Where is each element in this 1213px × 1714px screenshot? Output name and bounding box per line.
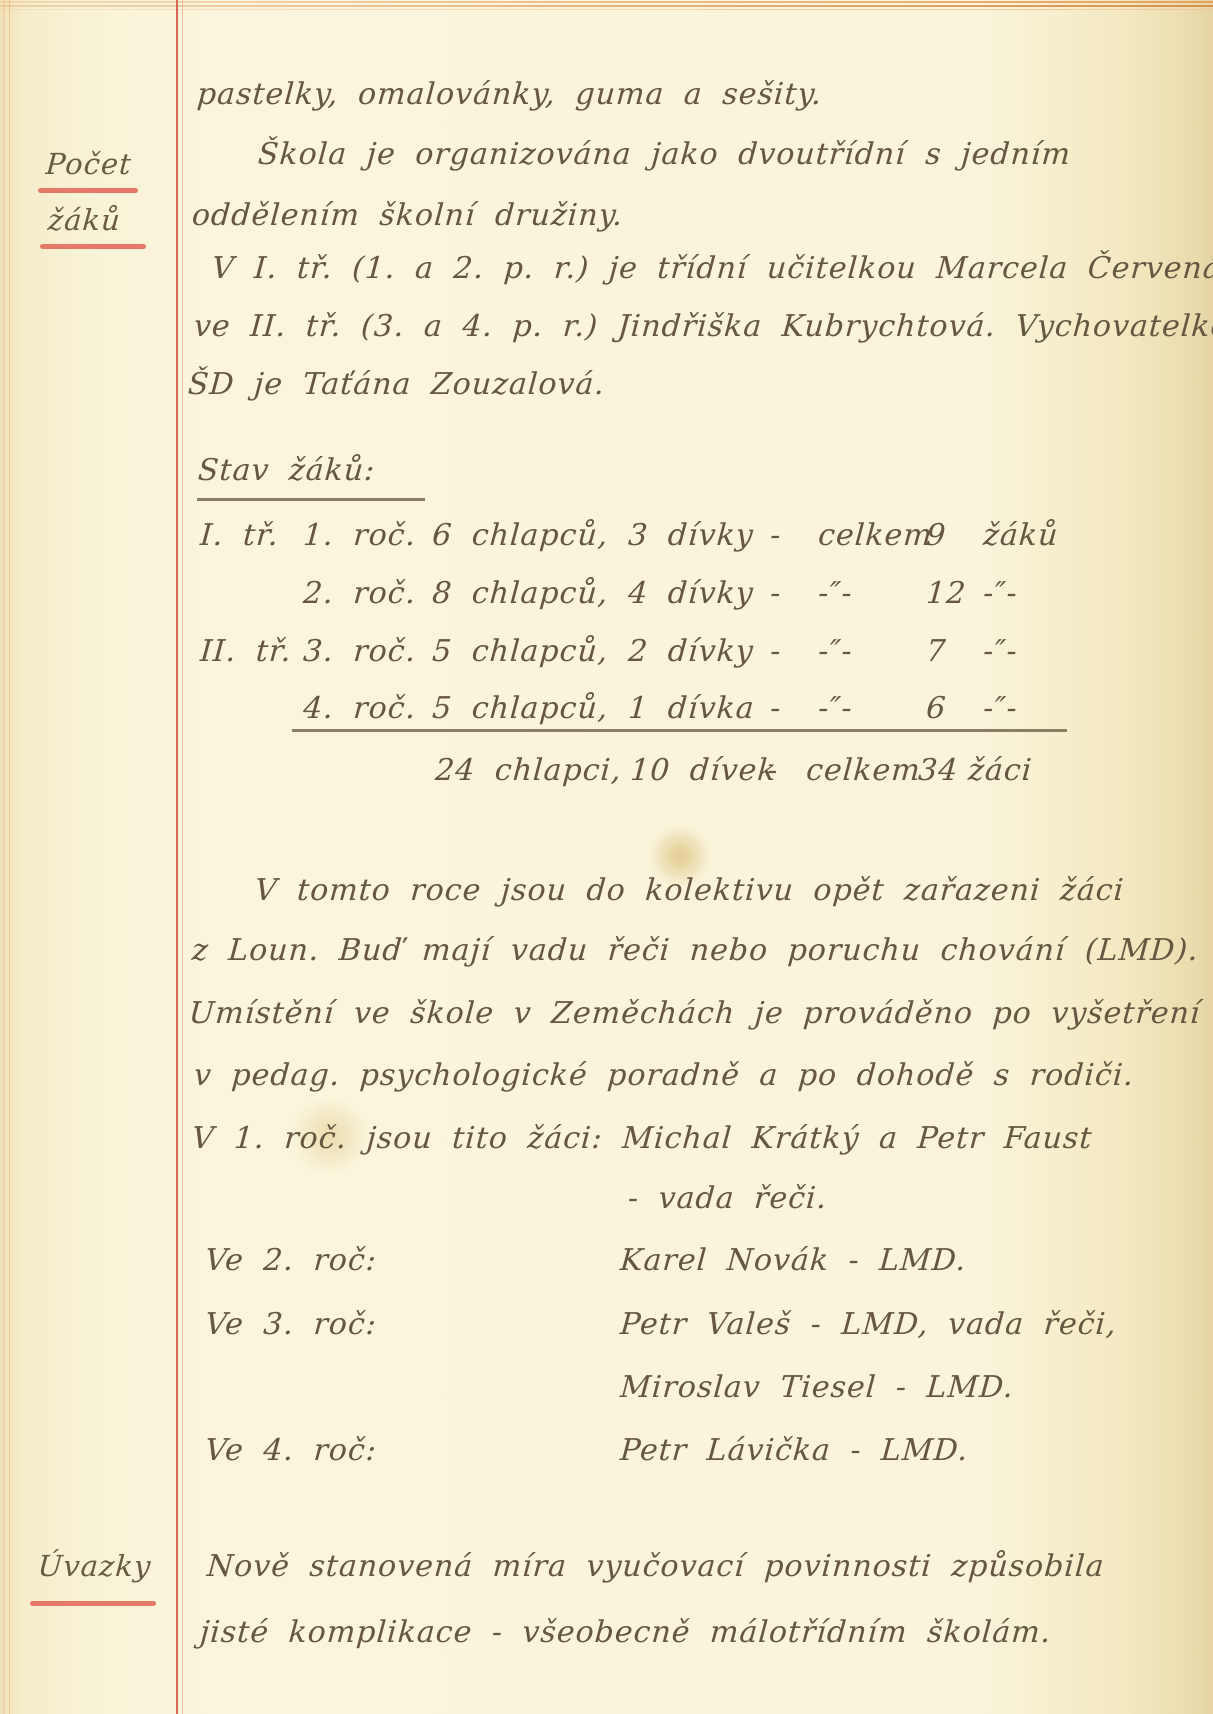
body-line: oddělením školní družiny. — [191, 197, 625, 235]
body-line: - vada řeči. — [627, 1180, 829, 1218]
pupil-list-row: Miroslav Tiesel - LMD. — [203, 1369, 1106, 1413]
roster-class: II. tř. — [199, 633, 293, 671]
roster-boys: 8 chlapců, — [431, 575, 610, 613]
roster-heading-underline — [197, 498, 425, 501]
roster-count: 6 — [925, 690, 948, 728]
roster-dash: - — [769, 575, 783, 613]
roster-ditto: -″- — [817, 690, 854, 728]
chronicle-page: Počet žáků Úvazky pastelky, omalovánky, … — [0, 0, 1213, 1714]
roster-ditto: -″- — [817, 633, 854, 671]
roster-heading: Stav žáků: — [197, 452, 377, 490]
total-girls: 10 dívek — [629, 752, 778, 790]
body-line: ve II. tř. (3. a 4. p. r.) Jindřiška Kub… — [193, 308, 1213, 346]
margin-note-zaku: žáků — [47, 202, 122, 238]
roster-count: 9 — [925, 517, 948, 555]
roster-grade: 3. roč. — [302, 633, 418, 671]
roster-ditto: celkem — [817, 517, 934, 555]
roster-count: 7 — [925, 633, 948, 671]
pupil-name: Miroslav Tiesel - LMD. — [619, 1369, 1015, 1407]
margin-note-pocet: Počet — [45, 146, 133, 182]
roster-girls: 4 dívky — [627, 575, 755, 613]
margin-note-underline — [38, 188, 138, 193]
body-line: pastelky, omalovánky, guma a sešity. — [196, 76, 824, 114]
margin-rule — [176, 0, 178, 1714]
roster-dash: - — [769, 517, 783, 555]
body-line: Škola je organizována jako dvoutřídní s … — [257, 136, 1073, 174]
total-boys: 24 chlapci, — [434, 752, 623, 790]
body-line: z Loun. Buď mají vadu řeči nebo poruchu … — [191, 932, 1200, 970]
body-line: v pedag. psychologické poradně a po doho… — [193, 1057, 1136, 1095]
roster-unit: -″- — [982, 690, 1019, 728]
body-line: V tomto roce jsou do kolektivu opět zařa… — [254, 872, 1126, 910]
roster-class: I. tř. — [199, 517, 280, 555]
pupil-list-row: Ve 3. roč: Petr Valeš - LMD, vada řeči, — [203, 1306, 1106, 1350]
body-line: Umístění ve škole v Zeměchách je provádě… — [188, 995, 1202, 1033]
body-line: ŠD je Taťána Zouzalová. — [187, 366, 607, 404]
pupil-name: Petr Valeš - LMD, vada řeči, — [619, 1306, 1118, 1344]
roster-grade: 2. roč. — [302, 575, 418, 613]
pupil-name: Petr Lávička - LMD. — [619, 1432, 970, 1470]
roster-boys: 5 chlapců, — [431, 633, 610, 671]
roster-row: I. tř. 1. roč. 6 chlapců, 3 dívky - celk… — [198, 517, 1101, 561]
roster-row: II. tř. 3. roč. 5 chlapců, 2 dívky - -″-… — [198, 633, 1101, 677]
pupil-grade-label: Ve 4. roč: — [204, 1432, 378, 1470]
body-line: V I. tř. (1. a 2. p. r.) je třídní učite… — [211, 250, 1213, 288]
roster-unit: žáků — [982, 517, 1060, 555]
pupil-grade-label: Ve 2. roč: — [204, 1242, 378, 1280]
margin-note-uvazky: Úvazky — [37, 1548, 153, 1584]
margin-note-underline — [30, 1601, 156, 1606]
roster-row: 4. roč. 5 chlapců, 1 dívka - -″- 6 -″- — [198, 690, 1101, 734]
pupil-list-row: Ve 4. roč: Petr Lávička - LMD. — [203, 1432, 1106, 1476]
body-line: jisté komplikace - všeobecně málotřídním… — [199, 1614, 1053, 1652]
roster-unit: -″- — [982, 633, 1019, 671]
body-line: V 1. roč. jsou tito žáci: Michal Krátký … — [191, 1120, 1094, 1158]
binding-edge-line — [9, 0, 10, 1714]
roster-count: 12 — [925, 575, 968, 613]
margin-rule-shadow — [182, 0, 183, 1714]
roster-boys: 5 chlapců, — [431, 690, 610, 728]
pupil-name: Karel Novák - LMD. — [619, 1242, 968, 1280]
roster-girls: 3 dívky — [627, 517, 755, 555]
margin-note-underline — [40, 244, 146, 249]
roster-total-rule — [292, 729, 1067, 732]
roster-grade: 4. roč. — [302, 690, 418, 728]
pupil-list-row: Ve 2. roč: Karel Novák - LMD. — [203, 1242, 1106, 1286]
roster-ditto: -″- — [817, 575, 854, 613]
binding-edge-line — [3, 0, 5, 1714]
body-line: Nově stanovená míra vyučovací povinnosti… — [206, 1548, 1106, 1586]
total-count: 34 — [917, 752, 960, 790]
roster-row: 2. roč. 8 chlapců, 4 dívky - -″- 12 -″- — [198, 575, 1101, 619]
total-unit: žáci — [967, 752, 1034, 790]
roster-boys: 6 chlapců, — [431, 517, 610, 555]
pupil-grade-label: Ve 3. roč: — [204, 1306, 378, 1344]
roster-girls: 2 dívky — [627, 633, 755, 671]
roster-unit: -″- — [982, 575, 1019, 613]
roster-total-row: 24 chlapci, 10 dívek - celkem 34 žáci — [198, 752, 1101, 796]
roster-grade: 1. roč. — [302, 517, 418, 555]
total-celkem: celkem — [805, 752, 922, 790]
roster-dash: - — [769, 633, 783, 671]
total-dash: - — [766, 752, 780, 790]
roster-girls: 1 dívka — [627, 690, 756, 728]
roster-dash: - — [769, 690, 783, 728]
